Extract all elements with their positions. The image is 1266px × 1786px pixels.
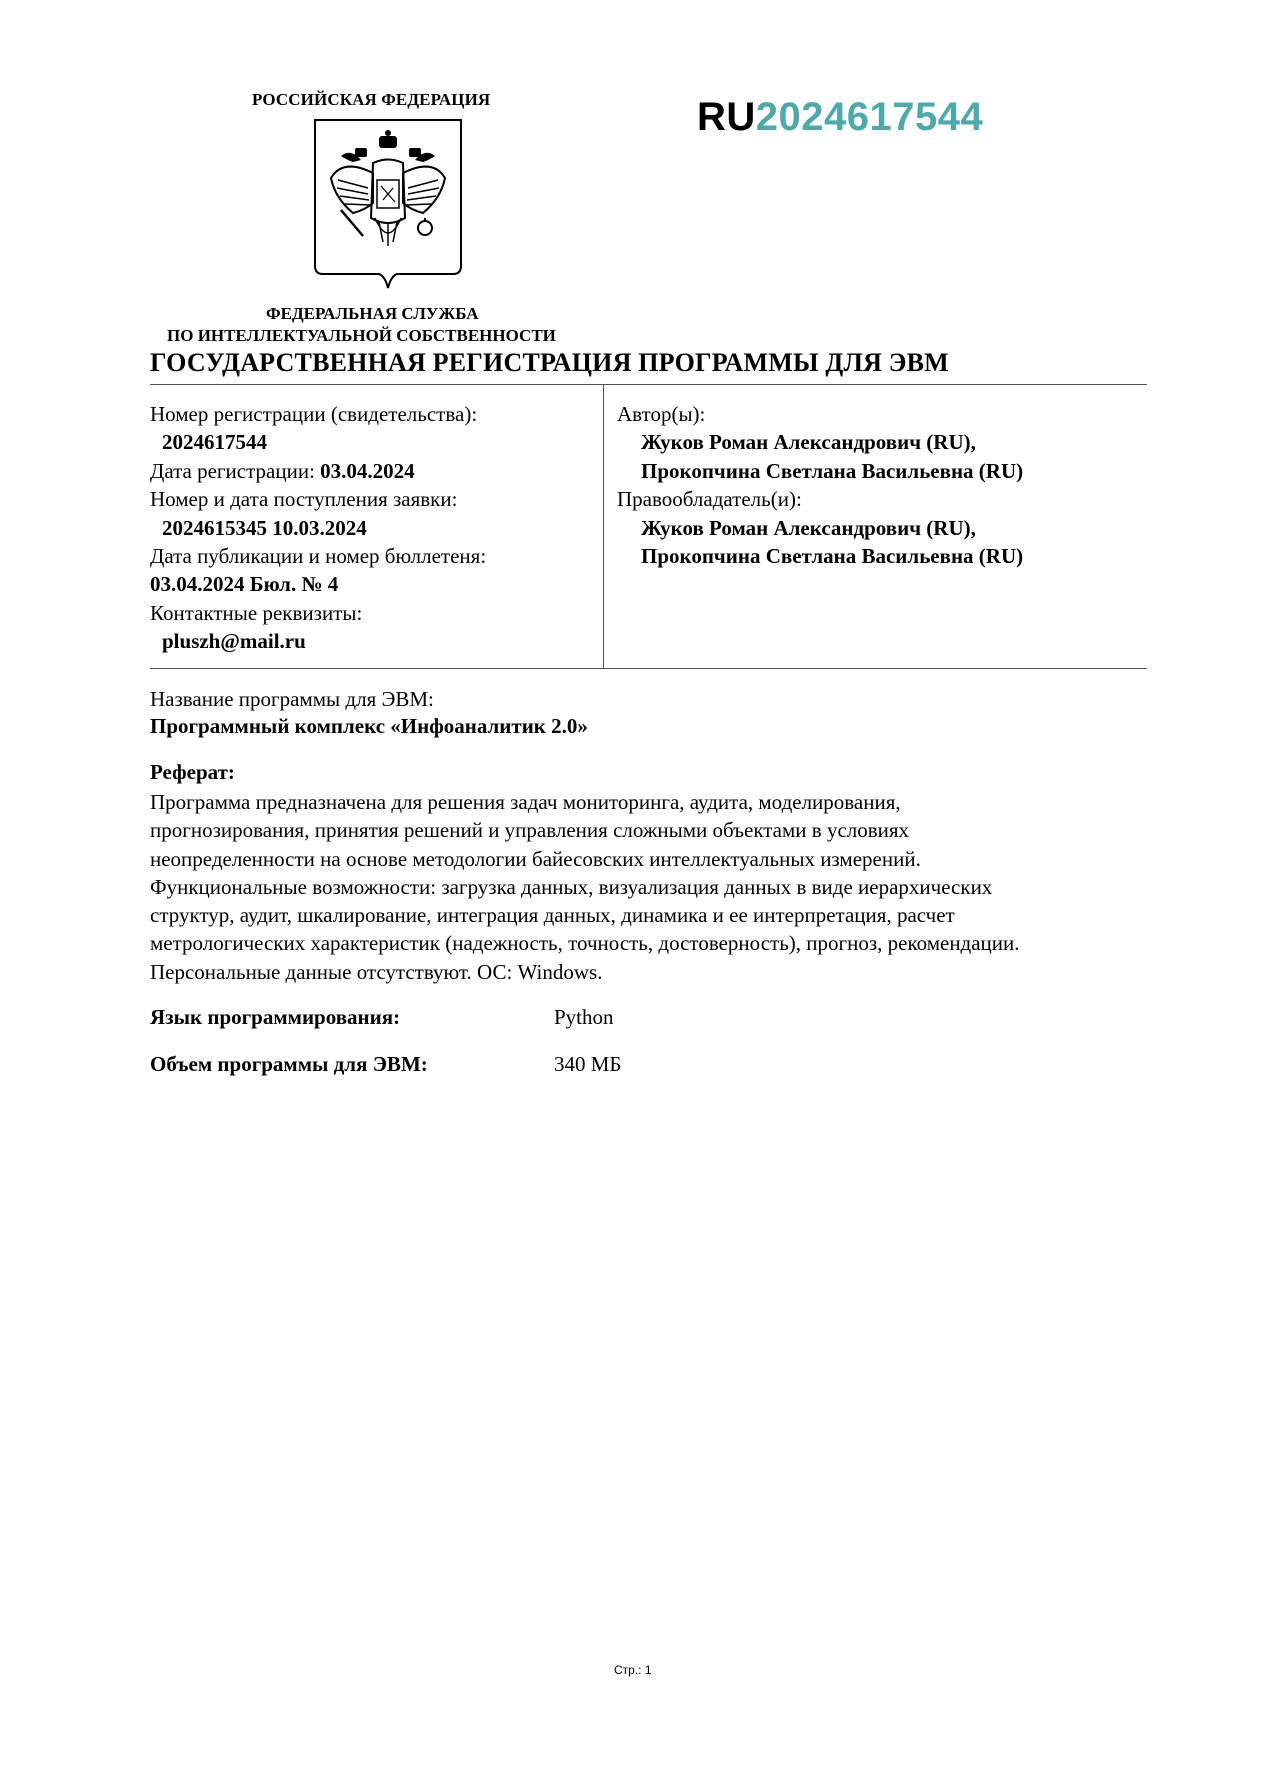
reg-number-label: Номер регистрации (свидетельства):	[150, 400, 486, 428]
abstract-line: Программа предназначена для решения зада…	[150, 788, 1160, 816]
program-name-value: Программный комплекс «Инфоаналитик 2.0»	[150, 714, 588, 739]
reg-date-row: Дата регистрации: 03.04.2024	[150, 457, 486, 485]
country-heading: РОССИЙСКАЯ ФЕДЕРАЦИЯ	[252, 90, 490, 110]
size-row: Объем программы для ЭВМ:340 МБ	[150, 1052, 621, 1077]
divider-bottom	[150, 668, 1147, 669]
holders-label: Правообладатель(и):	[617, 485, 1023, 513]
application-label: Номер и дата поступления заявки:	[150, 485, 486, 513]
abstract-label: Реферат:	[150, 760, 235, 785]
size-value: 340 МБ	[554, 1052, 621, 1076]
registration-details: Номер регистрации (свидетельства): 20246…	[150, 400, 486, 656]
abstract-line: Функциональные возможности: загрузка дан…	[150, 873, 1160, 901]
contacts-label: Контактные реквизиты:	[150, 599, 486, 627]
reg-date-value: 03.04.2024	[320, 459, 415, 483]
author-item: Прокопчина Светлана Васильевна (RU)	[617, 457, 1023, 485]
service-name-line2: ПО ИНТЕЛЛЕКТУАЛЬНОЙ СОБСТВЕННОСТИ	[167, 326, 556, 346]
publication-value: 03.04.2024 Бюл. № 4	[150, 570, 486, 598]
abstract-line: структур, аудит, шкалирование, интеграци…	[150, 901, 1160, 929]
abstract-line: неопределенности на основе методологии б…	[150, 845, 1160, 873]
abstract-line: Персональные данные отсутствуют. ОС: Win…	[150, 958, 1160, 986]
contacts-value[interactable]: pluszh@mail.ru	[150, 627, 486, 655]
publication-label: Дата публикации и номер бюллетеня:	[150, 542, 486, 570]
size-label: Объем программы для ЭВМ:	[150, 1052, 554, 1077]
page-number: Стр.: 1	[614, 1663, 652, 1677]
author-item: Жуков Роман Александрович (RU),	[617, 428, 1023, 456]
application-value: 2024615345 10.03.2024	[150, 514, 486, 542]
divider-vertical	[603, 385, 604, 668]
document-title: ГОСУДАРСТВЕННАЯ РЕГИСТРАЦИЯ ПРОГРАММЫ ДЛ…	[150, 348, 949, 378]
reg-number-value: 2024617544	[150, 428, 486, 456]
language-value: Python	[554, 1005, 614, 1029]
abstract-line: метрологических характеристик (надежност…	[150, 929, 1160, 957]
authors-label: Автор(ы):	[617, 400, 1023, 428]
holder-item: Жуков Роман Александрович (RU),	[617, 514, 1023, 542]
service-name-line1: ФЕДЕРАЛЬНАЯ СЛУЖБА	[266, 304, 479, 324]
abstract-text: Программа предназначена для решения зада…	[150, 788, 1160, 986]
russian-coat-of-arms-icon	[313, 118, 463, 290]
reg-date-label: Дата регистрации:	[150, 459, 320, 483]
registration-number-heading: RU2024617544	[697, 95, 983, 140]
divider-top	[150, 384, 1147, 385]
registration-prefix: RU	[697, 95, 756, 139]
abstract-line: прогнозирования, принятия решений и упра…	[150, 816, 1160, 844]
program-name-label: Название программы для ЭВМ:	[150, 685, 434, 713]
language-label: Язык программирования:	[150, 1005, 554, 1030]
holder-item: Прокопчина Светлана Васильевна (RU)	[617, 542, 1023, 570]
parties-section: Автор(ы): Жуков Роман Александрович (RU)…	[617, 400, 1023, 570]
registration-digits: 2024617544	[756, 95, 983, 139]
language-row: Язык программирования:Python	[150, 1005, 614, 1030]
